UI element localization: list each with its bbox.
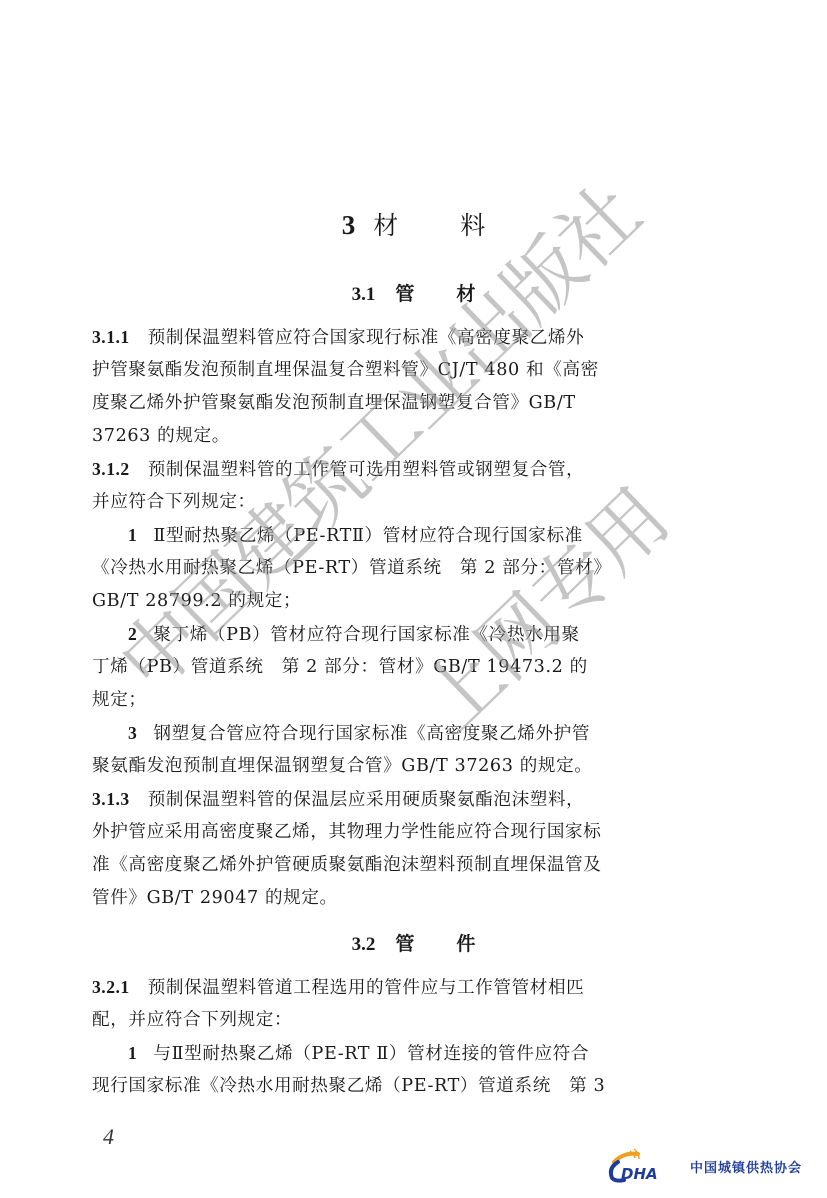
- list-item-line: 《冷热水用耐热聚乙烯（PE-RT）管道系统 第 2 部分：管材》: [92, 552, 718, 585]
- clause-3-1-1-line: 37263 的规定。: [92, 420, 718, 453]
- list-item-line: 现行国家标准《冷热水用耐热聚乙烯（PE-RT）管道系统 第 3: [92, 1070, 718, 1103]
- section-title-char-1: 管: [395, 933, 414, 955]
- list-item-line: GB/T 28799.2 的规定；: [92, 585, 718, 618]
- section-title-char-2: 件: [456, 933, 475, 955]
- clause-3-2-1-line: 3.2.1预制保温塑料管道工程选用的管件应与工作管管材相匹: [92, 971, 718, 1004]
- list-item-line: 丁烯（PB）管道系统 第 2 部分：管材》GB/T 19473.2 的: [92, 651, 718, 684]
- section-number: 3.1: [352, 284, 376, 305]
- section-title-char-1: 管: [395, 283, 414, 305]
- item-number: 1: [128, 525, 137, 545]
- clause-3-1-3-line: 管件》GB/T 29047 的规定。: [92, 882, 718, 915]
- item-text: 与Ⅱ型耐热聚乙烯（PE-RT Ⅱ）管材连接的管件应符合: [153, 1044, 589, 1064]
- item-number: 1: [128, 1043, 137, 1063]
- clause-number: 3.1.1: [92, 327, 130, 347]
- section-title-3-2: 3.2管件: [0, 929, 827, 960]
- cdha-logo-icon: DHA: [604, 1148, 684, 1184]
- chapter-title: 3材料: [0, 207, 827, 244]
- clause-text: 预制保温塑料管道工程选用的管件应与工作管管材相匹: [148, 978, 585, 998]
- clause-3-1-1-line: 护管聚氨酯发泡预制直埋保温复合塑料管》CJ/T 480 和《高密: [92, 354, 718, 387]
- clause-3-1-1-line: 度聚乙烯外护管聚氨酯发泡预制直埋保温钢塑复合管》GB/T: [92, 387, 718, 420]
- clause-number: 3.1.3: [92, 789, 130, 809]
- section-title-3-1: 3.1管材: [0, 279, 827, 310]
- list-item-line: 1与Ⅱ型耐热聚乙烯（PE-RT Ⅱ）管材连接的管件应符合: [92, 1037, 718, 1070]
- clause-3-1-2-line: 并应符合下列规定：: [92, 486, 718, 519]
- org-name: 中国城镇供热协会: [690, 1157, 802, 1176]
- list-item-line: 2聚丁烯（PB）管材应符合现行国家标准《冷热水用聚: [92, 618, 718, 651]
- cdha-logo: DHA 中国城镇供热协会: [604, 1146, 802, 1186]
- list-item-line: 聚氨酯发泡预制直埋保温钢塑复合管》GB/T 37263 的规定。: [92, 750, 718, 783]
- clause-3-1-3-line: 准《高密度聚乙烯外护管硬质聚氨酯泡沫塑料预制直埋保温管及: [92, 849, 718, 882]
- item-text: 聚丁烯（PB）管材应符合现行国家标准《冷热水用聚: [153, 625, 579, 645]
- section-3-2-body: 3.2.1预制保温塑料管道工程选用的管件应与工作管管材相匹 配，并应符合下列规定…: [92, 971, 718, 1103]
- list-item-line: 规定；: [92, 684, 718, 717]
- item-text: 钢塑复合管应符合现行国家标准《高密度聚乙烯外护管: [153, 724, 590, 744]
- svg-text:DHA: DHA: [621, 1165, 658, 1183]
- clause-3-1-2-line: 3.1.2预制保温塑料管的工作管可选用塑料管或钢塑复合管，: [92, 453, 718, 486]
- clause-number: 3.2.1: [92, 977, 130, 997]
- clause-3-1-3-line: 外护管应采用高密度聚乙烯，其物理力学性能应符合现行国家标: [92, 816, 718, 849]
- clause-3-1-1-line: 3.1.1预制保温塑料管应符合国家现行标准《高密度聚乙烯外: [92, 321, 718, 354]
- chapter-number: 3: [342, 210, 356, 240]
- item-number: 3: [128, 723, 137, 743]
- section-title-char-2: 材: [456, 283, 475, 305]
- clause-3-1-3-line: 3.1.3预制保温塑料管的保温层应采用硬质聚氨酯泡沫塑料，: [92, 783, 718, 816]
- chapter-title-char-2: 料: [460, 211, 485, 240]
- clause-text: 预制保温塑料管应符合国家现行标准《高密度聚乙烯外: [148, 328, 585, 348]
- chapter-title-char-1: 材: [373, 211, 398, 240]
- item-number: 2: [128, 624, 137, 644]
- list-item-line: 3钢塑复合管应符合现行国家标准《高密度聚乙烯外护管: [92, 717, 718, 750]
- page-number: 4: [103, 1124, 114, 1150]
- clause-text: 预制保温塑料管的工作管可选用塑料管或钢塑复合管，: [148, 460, 585, 480]
- list-item-line: 1Ⅱ型耐热聚乙烯（PE-RTⅡ）管材应符合现行国家标准: [92, 519, 718, 552]
- section-number: 3.2: [352, 934, 376, 955]
- clause-3-2-1-line: 配，并应符合下列规定：: [92, 1004, 718, 1037]
- document-page: 3材料 3.1管材 3.1.1预制保温塑料管应符合国家现行标准《高密度聚乙烯外 …: [0, 0, 827, 1198]
- item-text: Ⅱ型耐热聚乙烯（PE-RTⅡ）管材应符合现行国家标准: [153, 526, 582, 546]
- clause-text: 预制保温塑料管的保温层应采用硬质聚氨酯泡沫塑料，: [148, 790, 585, 810]
- clause-number: 3.1.2: [92, 459, 130, 479]
- section-3-1-body: 3.1.1预制保温塑料管应符合国家现行标准《高密度聚乙烯外 护管聚氨酯发泡预制直…: [92, 321, 718, 915]
